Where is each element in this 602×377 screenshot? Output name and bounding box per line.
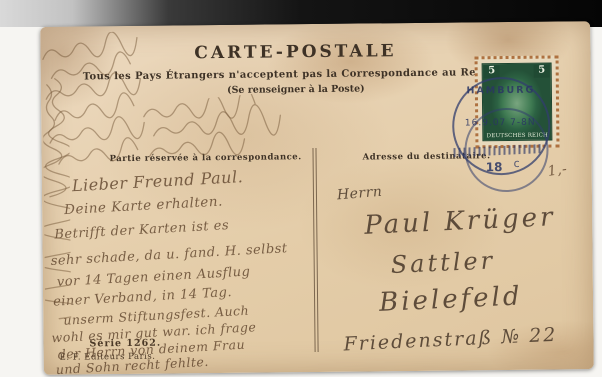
- message-line: Betrifft der Karten ist es: [54, 218, 229, 242]
- section-divider-line: [312, 148, 318, 352]
- postmark-date: 16.9.07 7-8N: [450, 118, 550, 129]
- postmark-lower-right: c: [514, 157, 520, 170]
- address-recipient-name: Paul Krüger: [364, 202, 556, 241]
- address-salutation: Herrn: [336, 184, 383, 204]
- postcard: CARTE-POSTALE Tous les Pays Étrangers n'…: [40, 21, 594, 375]
- stamp-denomination-right: 5: [534, 65, 550, 78]
- postmark-lower-left: 18: [486, 160, 503, 174]
- address-city: Bielefeld: [378, 281, 523, 317]
- address-street: Friedenstraß № 22: [343, 324, 558, 356]
- address-occupation: Sattler: [390, 246, 496, 279]
- message-line: sehr schade, da u. fand. H. selbst: [50, 241, 288, 269]
- postcard-scan: CARTE-POSTALE Tous les Pays Étrangers n'…: [0, 0, 602, 377]
- handwriting-scrawl-left-edge: [43, 75, 72, 335]
- pencil-price-mark: 1,-: [547, 161, 569, 180]
- postmark-city: HAMBURG: [452, 85, 550, 97]
- message-line: Deine Karte erhalten.: [64, 194, 223, 219]
